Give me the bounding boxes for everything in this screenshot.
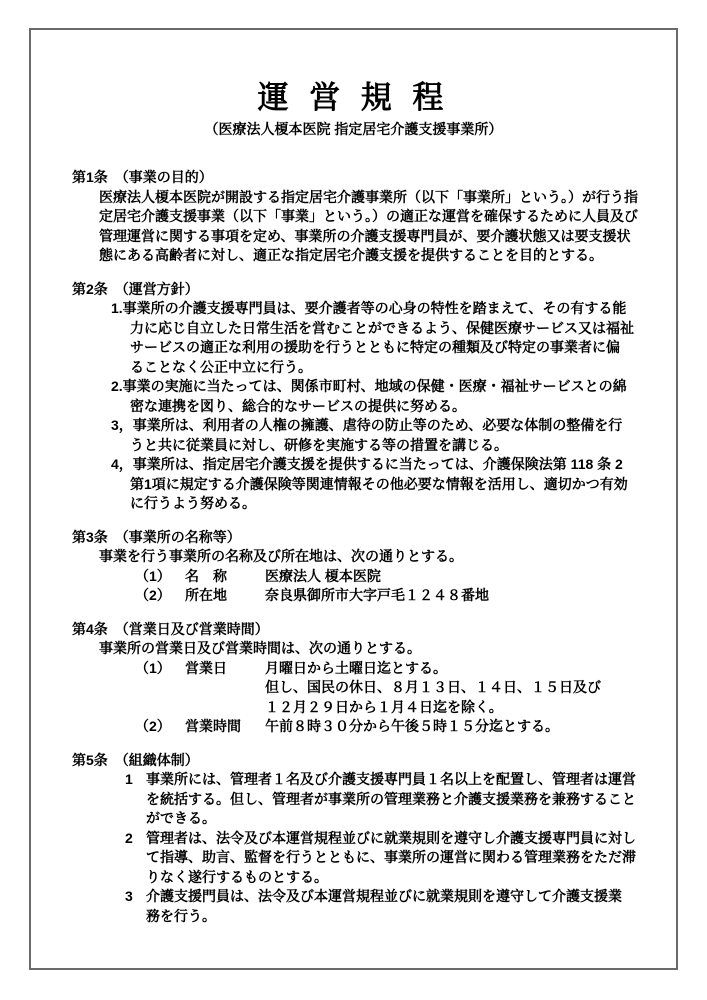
article-line: 事業を行う事業所の名称及び所在地は、次の通りとする。: [99, 547, 676, 567]
item-number: 1: [125, 770, 146, 790]
item-value: 奈良県御所市大字戸毛１２４８番地: [265, 586, 676, 606]
document-subtitle: （医療法人榎本医院 指定居宅介護支援事業所）: [31, 120, 676, 139]
articles-container: 第1条 （事業の目的）医療法人榎本医院が開設する指定居宅介護事業所（以下「事業所…: [31, 168, 676, 926]
item-value: 午前８時３０分から午後５時１５分迄とする。: [265, 717, 676, 737]
document-page: 運 営 規 程 （医療法人榎本医院 指定居宅介護支援事業所） 第1条 （事業の目…: [29, 28, 678, 970]
article-line: 第1項に規定する介護保険等関連情報その他必要な情報を活用し、適切かつ有効: [130, 475, 676, 495]
numbered-item-line: ができる。: [125, 809, 676, 829]
item-value: １２月２９日から１月４日迄を除く。: [265, 698, 676, 718]
numbered-item-line: 3介護支援門員は、法令及び本運営規程並びに就業規則を遵守して介護支援業: [125, 887, 676, 907]
article-heading: 第5条 （組織体制）: [72, 751, 676, 771]
article-heading: 第4条 （営業日及び営業時間）: [72, 620, 676, 640]
item-text: を統括する。但し、管理者が事業所の管理業務と介護支援業務を兼務すること: [146, 790, 676, 810]
article-line: ることなく公正中立に行う。: [130, 358, 676, 378]
item-marker: （1）: [135, 567, 185, 587]
numbered-item-line: を統括する。但し、管理者が事業所の管理業務と介護支援業務を兼務すること: [125, 790, 676, 810]
item-number: [125, 868, 146, 888]
item-label: 名 称: [185, 567, 265, 587]
item-marker: [135, 678, 185, 698]
item-text: て指導、助言、監督を行うとともに、事業所の運営に関わる管理業務をただ滞: [146, 848, 676, 868]
item-number: 3: [125, 887, 146, 907]
item-text: ができる。: [146, 809, 676, 829]
article-line: サービスの適正な利用の援助を行うとともに特定の種類及び特定の事業者に偏: [130, 338, 676, 358]
article-line: 密な連携を図り、総合的なサービスの提供に努める。: [130, 397, 676, 417]
article-line: 1.事業所の介護支援専門員は、要介護者等の心身の特性を踏まえて、その有する能: [111, 299, 676, 319]
numbered-item-line: て指導、助言、監督を行うとともに、事業所の運営に関わる管理業務をただ滞: [125, 848, 676, 868]
numbered-item-line: 1事業所には、管理者１名及び介護支援専門員１名以上を配置し、管理者は運営: [125, 770, 676, 790]
article: 第2条 （運営方針）1.事業所の介護支援専門員は、要介護者等の心身の特性を踏まえ…: [31, 280, 676, 514]
item-number: [125, 790, 146, 810]
item-value: 但し、国民の休日、８月１３日、１４日、１５日及び: [265, 678, 676, 698]
article-line: 管理運営に関する事項を定め、事業所の介護支援専門員が、要介護状態又は要支援状: [99, 227, 676, 247]
definition-row: １２月２９日から１月４日迄を除く。: [135, 698, 676, 718]
article-line: に行うよう努める。: [130, 494, 676, 514]
item-value: 月曜日から土曜日迄とする。: [265, 659, 676, 679]
document-title: 運 営 規 程: [31, 80, 676, 116]
article-line: 3，事業所は、利用者の人権の擁護、虐待の防止等のため、必要な体制の整備を行: [111, 416, 676, 436]
article: 第4条 （営業日及び営業時間）事業所の営業日及び営業時間は、次の通りとする。（1…: [31, 620, 676, 737]
item-value: 医療法人 榎本医院: [265, 567, 676, 587]
item-text: 介護支援門員は、法令及び本運営規程並びに就業規則を遵守して介護支援業: [146, 887, 676, 907]
item-marker: （1）: [135, 659, 185, 679]
item-marker: （2）: [135, 717, 185, 737]
article-heading: 第3条 （事業所の名称等）: [72, 528, 676, 548]
item-number: [125, 809, 146, 829]
definition-row: （1）名 称医療法人 榎本医院: [135, 567, 676, 587]
numbered-item-line: りなく遂行するものとする。: [125, 868, 676, 888]
definition-row: （2）営業時間午前８時３０分から午後５時１５分迄とする。: [135, 717, 676, 737]
item-number: [125, 848, 146, 868]
numbered-item-line: 2管理者は、法令及び本運営規程並びに就業規則を遵守し介護支援専門員に対し: [125, 829, 676, 849]
item-label: 営業日: [185, 659, 265, 679]
item-marker: [135, 698, 185, 718]
article-line: うと共に従業員に対し、研修を実施する等の措置を講じる。: [130, 436, 676, 456]
article-heading: 第1条 （事業の目的）: [72, 168, 676, 188]
definition-row: （2）所在地奈良県御所市大字戸毛１２４８番地: [135, 586, 676, 606]
item-label: 営業時間: [185, 717, 265, 737]
item-label: [185, 698, 265, 718]
item-number: [125, 907, 146, 927]
article-line: 態にある高齢者に対し、適正な指定居宅介護支援を提供することを目的とする。: [99, 246, 676, 266]
article: 第3条 （事業所の名称等）事業を行う事業所の名称及び所在地は、次の通りとする。（…: [31, 528, 676, 606]
article-line: 2.事業の実施に当たっては、関係市町村、地域の保健・医療・福祉サービスとの綿: [111, 377, 676, 397]
item-number: 2: [125, 829, 146, 849]
item-label: [185, 678, 265, 698]
article-line: 事業所の営業日及び営業時間は、次の通りとする。: [99, 639, 676, 659]
definition-row: 但し、国民の休日、８月１３日、１４日、１５日及び: [135, 678, 676, 698]
article: 第5条 （組織体制）1事業所には、管理者１名及び介護支援専門員１名以上を配置し、…: [31, 751, 676, 927]
article-heading: 第2条 （運営方針）: [72, 280, 676, 300]
article-line: 定居宅介護支援事業（以下「事業」という。）の適正な運営を確保するために人員及び: [99, 207, 676, 227]
item-marker: （2）: [135, 586, 185, 606]
item-label: 所在地: [185, 586, 265, 606]
item-text: りなく遂行するものとする。: [146, 868, 676, 888]
article: 第1条 （事業の目的）医療法人榎本医院が開設する指定居宅介護事業所（以下「事業所…: [31, 168, 676, 266]
definition-row: （1）営業日月曜日から土曜日迄とする。: [135, 659, 676, 679]
article-line: 力に応じ自立した日常生活を営むことができるよう、保健医療サービス又は福祉: [130, 319, 676, 339]
numbered-item-line: 務を行う。: [125, 907, 676, 927]
item-text: 務を行う。: [146, 907, 676, 927]
article-line: 4，事業所は、指定居宅介護支援を提供するに当たっては、介護保険法第 118 条 …: [111, 455, 676, 475]
item-text: 事業所には、管理者１名及び介護支援専門員１名以上を配置し、管理者は運営: [146, 770, 676, 790]
article-line: 医療法人榎本医院が開設する指定居宅介護事業所（以下「事業所」という。）が行う指: [99, 188, 676, 208]
item-text: 管理者は、法令及び本運営規程並びに就業規則を遵守し介護支援専門員に対し: [146, 829, 676, 849]
